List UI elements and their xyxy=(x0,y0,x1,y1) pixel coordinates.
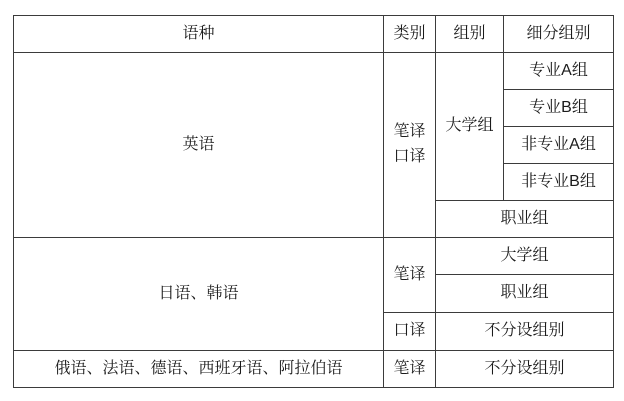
header-cell-subgroup: 细分组别 xyxy=(504,16,614,53)
cell-group-professional-jk: 职业组 xyxy=(436,275,614,313)
table-row: 俄语、法语、德语、西班牙语、阿拉伯语 笔译 不分设组别 xyxy=(14,351,614,388)
cell-subgroup-nonprofessional-a: 非专业A组 xyxy=(504,127,614,164)
cell-subgroup-professional-b: 专业B组 xyxy=(504,90,614,127)
cell-group-university-english: 大学组 xyxy=(436,53,504,201)
header-cell-group: 组别 xyxy=(436,16,504,53)
cell-language-other: 俄语、法语、德语、西班牙语、阿拉伯语 xyxy=(14,351,384,388)
cell-category-written-other: 笔译 xyxy=(384,351,436,388)
cell-category-oral-jk: 口译 xyxy=(384,313,436,351)
table-header-row: 语种 类别 组别 细分组别 xyxy=(14,16,614,53)
category-written-label: 笔译 xyxy=(384,120,435,145)
cell-category-written-jk: 笔译 xyxy=(384,238,436,313)
cell-group-professional-english: 职业组 xyxy=(436,201,614,238)
cell-category-english: 笔译 口译 xyxy=(384,53,436,238)
cell-group-unified-other: 不分设组别 xyxy=(436,351,614,388)
category-oral-label: 口译 xyxy=(384,145,435,170)
table-row: 英语 笔译 口译 大学组 专业A组 xyxy=(14,53,614,90)
table-row: 日语、韩语 笔译 大学组 xyxy=(14,238,614,275)
cell-group-university-jk: 大学组 xyxy=(436,238,614,275)
cell-language-english: 英语 xyxy=(14,53,384,238)
header-cell-language: 语种 xyxy=(14,16,384,53)
cell-group-unified-jk: 不分设组别 xyxy=(436,313,614,351)
contest-groups-table: 语种 类别 组别 细分组别 英语 笔译 口译 大学组 专业A组 专业B组 非专业… xyxy=(13,15,614,388)
header-cell-category: 类别 xyxy=(384,16,436,53)
cell-subgroup-professional-a: 专业A组 xyxy=(504,53,614,90)
cell-language-japanese-korean: 日语、韩语 xyxy=(14,238,384,351)
cell-subgroup-nonprofessional-b: 非专业B组 xyxy=(504,164,614,201)
